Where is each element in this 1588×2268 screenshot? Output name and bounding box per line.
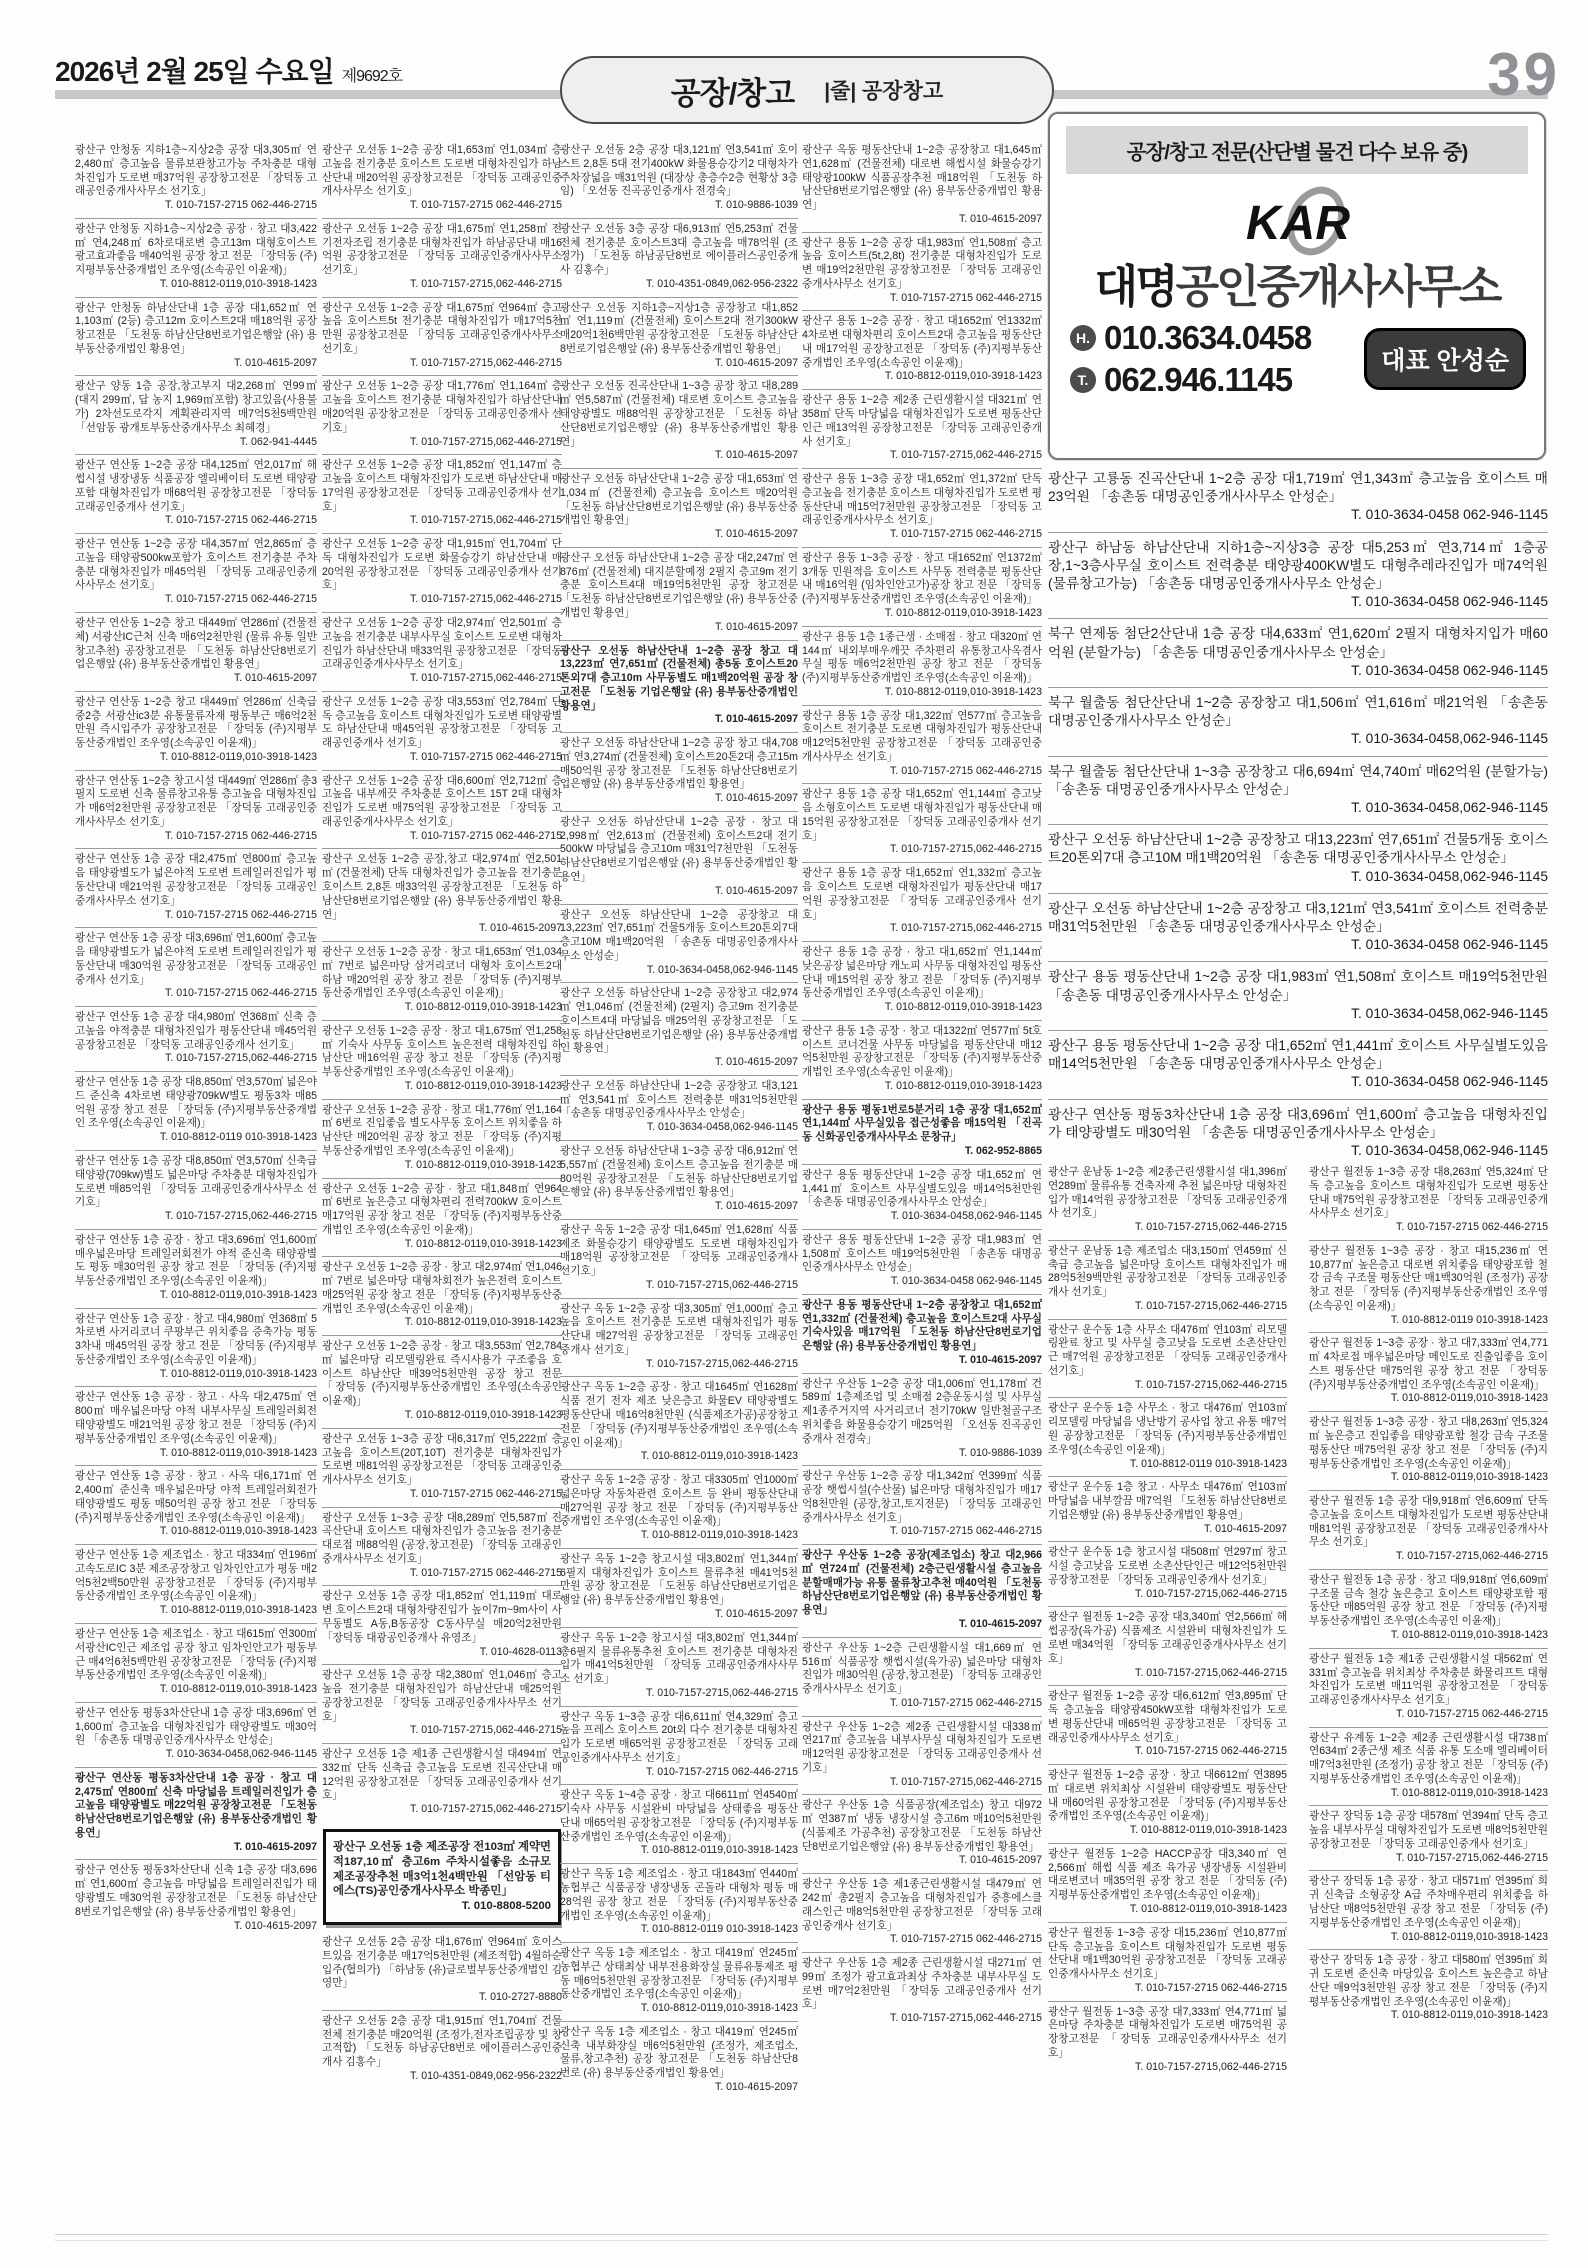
listing: 광산구 오선동 1~2층 공장 · 창고 대1,848㎡ 연964㎡ 6번로 높… (322, 1178, 562, 1257)
listing-phone: T. 010-3634-0458,062-946-1145 (1048, 799, 1548, 817)
listing: 광산구 용동 1층 공장 · 창고 대1,652㎡ 연1,144㎡ 낮은공장 넓… (802, 941, 1042, 1020)
listing-phone: T. 010-4351-0849,062-956-2322 (322, 2070, 562, 2084)
listing-phone: T. 010-8812-0119,010-3918-1423 (322, 1159, 562, 1173)
listing-phone: T. 010-3634-0458 062-946-1145 (1048, 936, 1548, 954)
listing-text: 광산구 연산동 1층 공장 · 창고 · 사옥 대2,475㎡ 연800㎡ 매우… (75, 1391, 317, 1444)
listing: 광산구 연산동 평동3차산단내 1층 공장 대3,696㎡ 연1,600㎡ 층고… (75, 1702, 317, 1767)
h-badge: H. (1070, 325, 1096, 351)
listing-phone: T. 010-7157-2715,062-446-2715 (322, 278, 562, 292)
listing-text: 광산구 연산동 평동3차산단내 신축 1층 공장 대3,696㎡ 연1,600㎡… (75, 1864, 317, 1917)
listing-text: 광산구 옥동 1~2층 공장 · 창고 대1645㎡ 연1628㎡ 식품 전기 … (560, 1381, 798, 1448)
listing: 광산구 안청동 하남산단내 1층 공장 대1,652㎡ 연1,103㎡ (2등)… (75, 297, 317, 376)
listing-text: 광산구 장덕동 1층 공장 · 창고 대571㎡ 연395㎡ 희귀 신축급 소형… (1309, 1875, 1548, 1928)
listing-phone: T. 010-7157-2715 062-446-2715 (75, 199, 317, 213)
listing-text: 광산구 용동 평동1번로5분거리 1층 공장 대1,652㎡ 연1,144㎡ 사… (802, 1104, 1042, 1144)
listing-text: 광산구 옥동 1~4층 공장 · 창고 대6611㎡ 연4540㎡ 기숙사 사무… (560, 1789, 798, 1842)
listing: 광산구 우산동 1층 제1종근린생활시설 대479㎡ 연242㎡ 총2필지 층고… (802, 1873, 1042, 1952)
listing-phone: T. 010-8812-0119,010-3918-1423 (802, 1080, 1042, 1094)
listing-phone: T. 010-4615-2097 (560, 885, 798, 899)
listing: 광산구 오선동 1~2층 공장 · 창고 대1,675㎡ 연1,258㎡ 기숙사… (322, 1020, 562, 1099)
listing-phone: T. 010-7157-2715 062-446-2715 (322, 1567, 562, 1581)
listing: 광산구 연산동 평동3차산단내 신축 1층 공장 대3,696㎡ 연1,600㎡… (75, 1859, 317, 1938)
listing-text: 광산구 운수동 1층 사무소 · 창고 대476㎡ 연103㎡ 리모델링 마당넓… (1048, 1402, 1287, 1455)
listing: 광산구 장덕동 1층 공장 대578㎡ 연394㎡ 단독 층고높음 내부사무실 … (1309, 1805, 1548, 1870)
listing-phone: T. 010-7157-2715,062-446-2715 (802, 843, 1042, 857)
listing-phone: T. 010-7157-2715 062-446-2715 (1048, 1745, 1287, 1759)
listing-text: 광산구 월전동 1층 제1종 근린생활시설 대562㎡ 연331㎡ 층고높음 위… (1309, 1653, 1548, 1706)
right-sub-columns: 광산구 운남동 1~2층 제2종근린생활시설 대1,396㎡ 연289㎡ 물류유… (1048, 1162, 1548, 2254)
listing-text: 광산구 용동 1~3층 공장 대1,652㎡ 연1,372㎡ 단독 층고높음 전… (802, 473, 1042, 526)
listing: 광산구 운수동 1층 창고 · 사무소 대476㎡ 연103㎡ 마당넓음 내부깔… (1048, 1476, 1287, 1541)
listing: 광산구 오선동 하남산단내 1~2층 공장 대2,247㎡ 연876㎡ (건물전… (560, 547, 798, 640)
listing: 광산구 옥동 1층 제조업소 · 창고 대419㎡ 연245㎡ 신축 내부화장실… (560, 2021, 798, 2100)
listing-phone: T. 010-4628-0113 (322, 1646, 562, 1660)
listing-phone: T. 010-9886-1039 (560, 199, 798, 213)
listing-text: 광산구 연산동 1~2층 공장 대4,357㎡ 연2,865㎡ 층고높음 태양광… (75, 538, 317, 591)
listing-phone: T. 010-7157-2715,062-446-2715 (75, 1210, 317, 1224)
listing: 광산구 오선동 2층 공장 대1,676㎡ 연964㎡ 호이스트있음 전기충분 … (322, 1932, 562, 2010)
listing: 광산구 용동 평동1번로5분거리 1층 공장 대1,652㎡ 연1,144㎡ 사… (802, 1099, 1042, 1164)
listing-text: 광산구 오선동 하남산단내 1~2층 공장창고 대3,121㎡ 연3,541㎡ … (560, 1080, 798, 1120)
listing-phone: T. 010-8812-0119,010-3918-1423 (75, 1368, 317, 1382)
footer-rule-2 (55, 2240, 1548, 2241)
listing: 광산구 연산동 1층 공장 대8,850㎡ 연3,570㎡ 신축급 태양광(70… (75, 1150, 317, 1229)
listing: 광산구 우산동 1~2층 공장 대1,342㎡ 연399㎡ 식품공장 햇썹시설(… (802, 1465, 1042, 1544)
listing: 광산구 월전동 1~2층 공장 대6,612㎡ 연3,895㎡ 단독 층고높음 … (1048, 1685, 1287, 1764)
listing-text: 광산구 우산동 1~2층 공장(제조업소) 창고 대2,966㎡ 연724㎡ (… (802, 1549, 1042, 1616)
listing-phone: T. 010-4615-2097 (1048, 1523, 1287, 1537)
listing-phone: T. 010-8812-0119,010-3918-1423 (322, 1080, 562, 1094)
listing-text: 북구 월출동 첨단산단내 1~2층 공장창고 대1,506㎡ 연1,616㎡ 매… (1048, 695, 1548, 728)
listing: 광산구 옥동 1~2층 창고시설 대3,802㎡ 연1,344㎡ 6필지 대형차… (560, 1548, 798, 1627)
classified-column-6: 광산구 월전동 1~3층 공장 대8,263㎡ 연5,324㎡ 단독 층고높음 … (1309, 1162, 1548, 2254)
listing-phone: T. 010-3634-0458 062-946-1145 (1048, 506, 1548, 524)
listing-phone: T. 010-4615-2097 (560, 1200, 798, 1214)
listing-text: 광산구 오선동 진곡산단내 1~3층 공장 창고 대8,289㎡ 연5,587㎡… (560, 380, 798, 447)
listing-phone: T. 010-4615-2097 (560, 449, 798, 463)
classified-column-3: 광산구 오선동 2층 공장 대3,121㎡ 연3,541㎡ 호이스트 2,8톤 … (560, 140, 798, 2232)
listing: 광산구 용동 평동산단내 1~2층 공장 대1,983㎡ 연1,508㎡ 호이스… (802, 1229, 1042, 1294)
listing-text: 광산구 옥동 1~2층 공장 대3,305㎡ 연1,000㎡ 층고높음 호이스트… (560, 1303, 798, 1356)
listing-phone: T. 010-7157-2715 062-446-2715 (1309, 1221, 1548, 1235)
listing: 광산구 오선동 하남산단내 1~2층 공장 창고 대13,223㎡ 연7,651… (560, 640, 798, 733)
listing: 광산구 용동 1층 공장 대1,322㎡ 연577㎡ 층고높음 호이스트 전기충… (802, 705, 1042, 784)
listing: 광산구 연산동 1층 제조업소 · 창고 대334㎡ 연196㎡ 고속도로IC … (75, 1544, 317, 1623)
listing: 광산구 운수동 1층 사무소 · 창고 대476㎡ 연103㎡ 리모델링 마당넓… (1048, 1397, 1287, 1476)
listing-phone: T. 010-8812-0119,010-3918-1423 (1309, 1471, 1548, 1485)
listing-text: 광산구 옥동 1~2층 창고시설 대3,802㎡ 연1,344㎡ 총6필지 물류… (560, 1632, 798, 1685)
listing: 광산구 오선동 하남산단내 1~2층 공장창고 대3,121㎡ 연3,541㎡ … (1048, 893, 1548, 962)
listing-phone: T. 010-7157-2715 062-446-2715 (802, 765, 1042, 779)
t-badge: T. (1070, 367, 1096, 393)
listing: 광산구 양동 1층 공장,창고부지 대2,268㎡ 연99㎡ (대지 299㎡,… (75, 375, 317, 454)
listing: 광산구 옥동 1~2층 공장 · 창고 대3305㎡ 연1000㎡ 넓은마당 자… (560, 1469, 798, 1548)
listing: 광산구 오선동 하남산단내 1~2층 공장창고 대3,121㎡ 연3,541㎡ … (560, 1075, 798, 1140)
listing-text: 광산구 오선동 하남산단내 1~2층 공장 대1,653㎡ 연1,034㎡ (건… (560, 473, 798, 526)
listing: 광산구 오선동 1~2층 공장 대2,974㎡ 연2,501㎡ 층고높음 전기충… (322, 612, 562, 691)
featured-listings: 광산구 고룡동 진곡산단내 1~2층 공장 대1,719㎡ 연1,343㎡ 층고… (1048, 464, 1548, 1164)
listing-text: 광산구 연산동 1층 공장 대8,850㎡ 연3,570㎡ 넓은야드 준신축 4… (75, 1076, 317, 1129)
listing-text: 광산구 오선동 1~2층 공장 대6,600㎡ 연2,712㎡ 층고높음 내부깨… (322, 775, 562, 828)
listing: 광산구 우산동 1층 제2종 근린생활시설 대271㎡ 연99㎡ 조정가 광고효… (802, 1952, 1042, 2031)
agency-banner: 공장/창고 전문(산단별 물건 다수 보유 중) (1066, 126, 1528, 174)
listing-phone: T. 010-7157-2715 062-446-2715 (802, 1933, 1042, 1947)
listing-text: 광산구 오선동 1층 제조공장 전103㎡ 계약면적187,10㎡ 층고6m 주… (333, 1841, 551, 1897)
listing-text: 광산구 월전동 1~3층 공장 · 창고 대8,263㎡ 연5,324㎡ 높은층… (1309, 1416, 1548, 1469)
listing-phone: T. 010-7157-2715,062-446-2715 (802, 922, 1042, 936)
listing-text: 광산구 연산동 1층 공장 대8,850㎡ 연3,570㎡ 신축급 태양광(70… (75, 1155, 317, 1208)
listing-text: 광산구 연산동 1~2층 공장 대4,125㎡ 연2,017㎡ 해썹시설 냉장냉… (75, 459, 317, 512)
listing-phone: T. 010-7157-2715,062-446-2715 (322, 1724, 562, 1738)
date-line: 2026년 2월 25일 수요일제9692호 (55, 50, 402, 90)
listing-text: 광산구 오선동 1~3층 공장 대6,317㎡ 연5,222㎡ 층고높음 호이스… (322, 1433, 562, 1486)
listing-text: 광산구 용동 1~2층 공장 · 창고 대1652㎡ 연1332㎡ 4차로변 대… (802, 315, 1042, 368)
listing-text: 광산구 월전동 1층 공장 대9,918㎡ 연6,609㎡ 단독 층고높음 호이… (1309, 1495, 1548, 1548)
listing-phone: T. 010-7157-2715,062-446-2715 (1048, 2061, 1287, 2075)
listing-phone: T. 010-4615-2097 (560, 792, 798, 806)
listing-phone: T. 010-8812-0119,010-3918-1423 (322, 1238, 562, 1252)
listing-text: 광산구 오선동 하남산단내 1~2층 공장창고 대3,121㎡ 연3,541㎡ … (1048, 901, 1548, 934)
agency-name: 대명공인중개사사무소 (1050, 264, 1544, 309)
listing-text: 광산구 연산동 1층 공장 대3,696㎡ 연1,600㎡ 층고높음 태양광별도… (75, 932, 317, 985)
listing: 광산구 우산동 1~2층 공장 대1,006㎡ 연1,178㎡ 건589㎡ 1층… (802, 1373, 1042, 1466)
listing-text: 광산구 오선동 하남산단내 1~2층 공장창고 대13,223㎡ 연7,651㎡… (560, 909, 798, 962)
listing-phone: T. 010-7157-2715,062-446-2715 (75, 1052, 317, 1066)
listing-text: 광산구 오선동 3층 공장 대6,913㎡ 연5,253㎡ 건물전체 전기충분 … (560, 223, 798, 276)
listing-phone: T. 062-941-4445 (75, 436, 317, 450)
listing: 광산구 옥동 1층 제조업소 · 창고 대419㎡ 연245㎡ 농협부근 상태최… (560, 1942, 798, 2021)
listing-text: 광산구 오선동 1~2층 공장 · 창고 대2,974㎡ 연1,046㎡ 7번로… (322, 1261, 562, 1314)
listing-phone: T. 010-8812-0119 010-3918-1423 (1309, 1314, 1548, 1328)
listing: 광산구 연산동 1층 공장 · 창고 · 사옥 대6,171㎡ 연2,400㎡ … (75, 1465, 317, 1544)
listing-text: 광산구 오선동 1~2층 공장 대1,675㎡ 연1,258㎡ 전기전자조립 전… (322, 223, 562, 276)
listing-phone: T. 010-7157-2715 062-446-2715 (322, 830, 562, 844)
listing-text: 광산구 월전동 1~2층 HACCP공장 대3,340㎡ 연2,566㎡ 해썹 … (1048, 1848, 1287, 1901)
listing-text: 광산구 월전동 1~3층 공장 대7,333㎡ 연4,771㎡ 넓은마당 주차충… (1048, 2006, 1287, 2059)
listing: 광산구 연산동 1~2층 창고시설 대449㎡ 연286㎡ 총3필지 도로변 신… (75, 770, 317, 849)
listing: 광산구 연산동 평동3차산단내 1층 공장 대3,696㎡ 연1,600㎡ 층고… (1048, 1099, 1548, 1164)
listing-phone: T. 010-8812-0119,010-3918-1423 (75, 751, 317, 765)
classified-column-4: 광산구 옥동 평동산단내 1~2층 공장창고 대1,645㎡ 연1,628㎡ (… (802, 140, 1042, 2232)
listing-text: 광산구 운수동 1층 창고시설 대508㎡ 연297㎡ 창고시설 층고낮음 도로… (1048, 1546, 1287, 1586)
listing-phone: T. 010-4615-2097 (560, 1056, 798, 1070)
listing-phone: T. 010-8812-0119,010-3918-1423 (75, 1683, 317, 1697)
listing-phone: T. 010-8812-0119,010-3918-1423 (560, 1529, 798, 1543)
listing: 광산구 용동 1~2층 제2종 근린생활시설 대321㎡ 연358㎡ 단독 마당… (802, 389, 1042, 468)
listing-phone: T. 010-8812-0119,010-3918-1423 (75, 1604, 317, 1618)
listing-phone: T. 010-4615-2097 (802, 1854, 1042, 1868)
section-header: 공장/창고 |줄| 공장창고 (560, 56, 1054, 124)
listing: 광산구 용동 1층 공장 · 창고 대1322㎡ 연577㎡ 5t호이스트 코너… (802, 1020, 1042, 1099)
footer-rule (55, 2234, 1548, 2235)
listing-text: 광산구 월전동 1~3층 공장 대15,236㎡ 연10,877㎡ 단독 층고높… (1048, 1927, 1287, 1980)
listing-phone: T. 010-3634-0458 062-946-1145 (1048, 662, 1548, 680)
listing-text: 광산구 용동 1~2층 공장 대1,983㎡ 연1,508㎡ 층고높음 호이스트… (802, 237, 1042, 290)
listing: 광산구 월전동 1층 공장 · 창고 대9,918㎡ 연6,609㎡ 구조물 금… (1309, 1569, 1548, 1648)
listing-phone: T. 010-8812-0119 010-3918-1423 (75, 1131, 317, 1145)
listing-phone: T. 010-8812-0119,010-3918-1423 (1309, 1629, 1548, 1643)
listing: 광산구 오선동 2층 공장 대3,121㎡ 연3,541㎡ 호이스트 2,8톤 … (560, 140, 798, 218)
listing-phone: T. 010-8812-0119,010-3918-1423 (75, 1289, 317, 1303)
listing-phone: T. 010-8812-0119,010-3918-1423 (560, 1450, 798, 1464)
listing: 광산구 용동 1~2층 공장 · 창고 대1652㎡ 연1332㎡ 4차로변 대… (802, 310, 1042, 389)
listing-text: 광산구 오선동 1~2층 공장 대1,653㎡ 연1,034㎡ 층고높음 전기충… (322, 144, 562, 197)
listing-text: 광산구 오선동 1~2층 공장 · 창고 대3,553㎡ 연2,784㎡ 넓은마… (322, 1340, 562, 1407)
listing-text: 광산구 고룡동 진곡산단내 1~2층 공장 대1,719㎡ 연1,343㎡ 층고… (1048, 471, 1548, 504)
listing-phone: T. 010-8812-0119,010-3918-1423 (322, 1316, 562, 1330)
listing-phone: T. 010-8812-0119,010-3918-1423 (1048, 1824, 1287, 1838)
listing-phone: T. 010-7157-2715 062-446-2715 (802, 1525, 1042, 1539)
listing-phone: T. 010-4351-0849,062-956-2322 (560, 278, 798, 292)
listing-phone: T. 010-4615-2097 (560, 357, 798, 371)
listing: 광산구 연산동 1층 공장 대4,980㎡ 연368㎡ 신축 층고높음 야적충분… (75, 1006, 317, 1071)
listing: 광산구 오선동 1~2층 공장 · 창고 대2,974㎡ 연1,046㎡ 7번로… (322, 1256, 562, 1335)
svg-text:KAR: KAR (1246, 197, 1350, 250)
listing: 광산구 연산동 1층 공장 대2,475㎡ 연800㎡ 층고높음 태양광별도가 … (75, 848, 317, 927)
listing-phone: T. 010-3634-0458,062-946-1145 (1048, 730, 1548, 748)
listing-text: 광산구 안청동 지하1층~지상2층 공장 · 창고 대3,422㎡ 연4,248… (75, 223, 317, 276)
listing-phone: T. 010-3634-0458,062-946-1145 (560, 1121, 798, 1135)
listing-text: 광산구 우산동 1층 식품공장(제조업소) 창고 대972㎡ 연387㎡ 냉동 … (802, 1799, 1042, 1852)
listing: 광산구 용동 1층 1종근생 · 소매점 · 창고 대320㎡ 연144㎡ 내외… (802, 626, 1042, 705)
listing-phone: T. 010-4615-2097 (322, 922, 562, 936)
listing-text: 광산구 오선동 하남산단내 1~2층 공장 · 창고 대2,998㎡ 연2,61… (560, 816, 798, 883)
listing-text: 광산구 연산동 평동3차산단내 1층 공장 · 창고 대2,475㎡ 연800㎡… (75, 1772, 317, 1839)
listing-text: 광산구 오선동 하남산단내 1~2층 공장창고 대13,223㎡ 연7,651㎡… (1048, 832, 1548, 865)
listing-text: 광산구 용동 1층 공장 대1,652㎡ 연1,332㎡ 층고높음 호이스트 도… (802, 867, 1042, 920)
listing: 광산구 장덕동 1층 공장 · 창고 대580㎡ 연395㎡ 희귀 도로변 준신… (1309, 1949, 1548, 2028)
listing-phone: T. 010-7157-2715,062-446-2715 (322, 436, 562, 450)
listing: 광산구 안청동 지하1층~지상2층 공장 · 창고 대3,422㎡ 연4,248… (75, 218, 317, 297)
listing-text: 광산구 옥동 1~3층 공장 대6,611㎡ 연4,329㎡ 층고높음 프레스 … (560, 1711, 798, 1764)
listing: 광산구 용동 1~2층 공장 대1,983㎡ 연1,508㎡ 층고높음 호이스트… (802, 232, 1042, 311)
listing: 광산구 유계동 1~2층 제2종 근린생활시설 대738㎡ 연634㎡ 2종근생… (1309, 1727, 1548, 1806)
listing: 광산구 고룡동 진곡산단내 1~2층 공장 대1,719㎡ 연1,343㎡ 층고… (1048, 464, 1548, 532)
listing-text: 광산구 오선동 하남산단내 1~2층 공장창고 대2,974㎡ 연1,046㎡ … (560, 987, 798, 1054)
listing-text: 광산구 오선동 1~2층 공장 대1,675㎡ 연964㎡ 층고높음 호이스트5… (322, 302, 562, 355)
listing: 광산구 오선동 1~2층 공장 대1,675㎡ 연1,258㎡ 전기전자조립 전… (322, 218, 562, 297)
listing-phone: T. 010-7157-2715,062-446-2715 (802, 2012, 1042, 2026)
listing-text: 광산구 하남동 하남산단내 지하1층~지상3층 공장 대5,253㎡ 연3,71… (1048, 540, 1548, 591)
listing: 광산구 옥동 1층 제조업소 · 창고 대1843㎡ 연440㎡ 농협부근 식품… (560, 1863, 798, 1942)
listing: 광산구 연산동 1~2층 공장 대4,357㎡ 연2,865㎡ 층고높음 태양광… (75, 533, 317, 612)
listing-phone: T. 010-8812-0119,010-3918-1423 (560, 1844, 798, 1858)
listing-text: 광산구 오선동 1~2층 공장 대1,776㎡ 연1,164㎡ 층고높음 호이스… (322, 380, 562, 433)
listing-text: 광산구 오선동 1층 제1종 근린생활시설 대494㎡ 연332㎡ 단독 신축급… (322, 1748, 562, 1801)
listing: 광산구 월전동 1~3층 공장 · 창고 대8,263㎡ 연5,324㎡ 높은층… (1309, 1411, 1548, 1490)
listing: 광산구 오선동 1~3층 공장 대6,317㎡ 연5,222㎡ 층고높음 호이스… (322, 1428, 562, 1507)
listing-phone: T. 010-7157-2715 062-446-2715 (802, 528, 1042, 542)
listing-text: 광산구 용동 1~2층 제2종 근린생활시설 대321㎡ 연358㎡ 단독 마당… (802, 394, 1042, 447)
listing-phone: T. 010-4615-2097 (75, 1841, 317, 1855)
right-section: 공장/창고 전문(산단별 물건 다수 보유 중) KAR 대명공인중개사사무소 … (1048, 108, 1548, 2258)
listing: 광산구 장덕동 1층 공장 · 창고 대571㎡ 연395㎡ 희귀 신축급 소형… (1309, 1870, 1548, 1949)
listing: 광산구 운수동 1층 사무소 대476㎡ 연103㎡ 리모델링완료 창고 및 사… (1048, 1319, 1287, 1398)
listing-phone: T. 010-8812-0119,010-3918-1423 (802, 370, 1042, 384)
listing-text: 광산구 안청동 하남산단내 1층 공장 대1,652㎡ 연1,103㎡ (2등)… (75, 302, 317, 355)
listing-text: 광산구 오선동 1~2층 공장 대2,974㎡ 연2,501㎡ 층고높음 전기충… (322, 617, 562, 670)
listing-phone: T. 010-4615-2097 (560, 713, 798, 727)
listing-phone: T. 010-4615-2097 (802, 1354, 1042, 1368)
listing-text: 광산구 옥동 1~2층 창고시설 대3,802㎡ 연1,344㎡ 6필지 대형차… (560, 1553, 798, 1606)
listing-text: 광산구 용동 평동산단내 1~2층 공장창고 대1,652㎡ 연1,332㎡ (… (802, 1299, 1042, 1352)
listing: 광산구 오선동 1~2층 공장,창고 대2,974㎡ 연2,501㎡ (건물전체… (322, 848, 562, 941)
listing-phone: T. 010-7157-2715,062-446-2715 (1048, 1588, 1287, 1602)
listing: 광산구 연산동 1층 공장 · 창고 대3,696㎡ 연1,600㎡ 매우넓은마… (75, 1229, 317, 1308)
listing-phone: T. 010-7157-2715,062-446-2715 (322, 357, 562, 371)
listing-text: 광산구 우산동 1층 제1종근린생활시설 대479㎡ 연242㎡ 총2필지 층고… (802, 1878, 1042, 1931)
listing-text: 광산구 용동 1~3층 공장 · 창고 대1652㎡ 연1372㎡ 3개동 민원… (802, 552, 1042, 605)
listing: 광산구 오선동 1~2층 공장 대1,852㎡ 연1,147㎡ 층고높음 호이스… (322, 454, 562, 533)
listing: 광산구 오선동 1~2층 공장 대3,553㎡ 연2,784㎡ 단독 층고높음 … (322, 691, 562, 770)
listing-text: 광산구 용동 1층 공장 대1,322㎡ 연577㎡ 층고높음 호이스트 전기충… (802, 710, 1042, 763)
listing-text: 광산구 안청동 지하1층~지상2층 공장 대3,305㎡ 연2,480㎡ 층고높… (75, 144, 317, 197)
listing-phone: T. 010-4615-2097 (802, 1618, 1042, 1632)
listing: 광산구 오선동 하남산단내 1~2층 공장 · 창고 대2,998㎡ 연2,61… (560, 811, 798, 904)
listing-phone: T. 010-8812-0119 010-3918-1423 (1048, 1458, 1287, 1472)
listing-phone: T. 010-7157-2715,062-446-2715 (1048, 1667, 1287, 1681)
listing: 광산구 월전동 1~2층 공장 대3,340㎡ 연2,566㎡ 해썹공장(육가공… (1048, 1606, 1287, 1685)
section-title: 공장/창고 (671, 68, 794, 113)
listing-text: 북구 월출동 첨단산단내 1~3층 공장창고 대6,694㎡ 연4,740㎡ 매… (1048, 764, 1548, 797)
listing: 광산구 오선동 1~2층 공장 · 창고 대1,653㎡ 연1,034㎡ 7번로… (322, 941, 562, 1020)
listing: 광산구 옥동 1~2층 창고시설 대3,802㎡ 연1,344㎡ 총6필지 물류… (560, 1627, 798, 1706)
listing: 광산구 연산동 1층 제조업소 · 창고 대615㎡ 연300㎡ 서광산IC인근… (75, 1623, 317, 1702)
listing-text: 광산구 용동 1층 공장 · 창고 대1322㎡ 연577㎡ 5t호이스트 코너… (802, 1025, 1042, 1078)
listing-text: 광산구 용동 1층 1종근생 · 소매점 · 창고 대320㎡ 연144㎡ 내외… (802, 631, 1042, 684)
listing: 광산구 오선동 1~2층 공장 · 창고 대3,553㎡ 연2,784㎡ 넓은마… (322, 1335, 562, 1428)
agency-representative: 대표 안성순 (1364, 328, 1526, 390)
listing: 광산구 오선동 1층 제조공장 전103㎡ 계약면적187,10㎡ 층고6m 주… (323, 1829, 561, 1925)
listing-phone: T. 010-7157-2715,062-446-2715 (560, 1358, 798, 1372)
listing-text: 광산구 오선동 1~2층 공장 대1,852㎡ 연1,147㎡ 층고높음 호이스… (322, 459, 562, 512)
listing-text: 광산구 월전동 1~2층 공장 대3,340㎡ 연2,566㎡ 해썹공장(육가공… (1048, 1611, 1287, 1664)
listing-phone: T. 010-8812-0119,010-3918-1423 (802, 607, 1042, 621)
listing: 북구 월출동 첨단산단내 1~3층 공장창고 대6,694㎡ 연4,740㎡ 매… (1048, 756, 1548, 825)
listing-text: 광산구 용동 1층 공장 · 창고 대1,652㎡ 연1,144㎡ 낮은공장 넓… (802, 946, 1042, 999)
listing: 광산구 우산동 1~2층 제2종 근린생활시설 대338㎡ 연217㎡ 층고높음… (802, 1716, 1042, 1795)
listing: 광산구 월전동 1~2층 공장 · 창고 대6612㎡ 연3895㎡ 대로변 위… (1048, 1764, 1287, 1843)
listing: 광산구 연산동 1층 공장 대8,850㎡ 연3,570㎡ 넓은야드 준신축 4… (75, 1071, 317, 1150)
listing-phone: T. 010-4615-2097 (560, 528, 798, 542)
listing-phone: T. 010-8812-0119,010-3918-1423 (802, 1001, 1042, 1015)
listing-text: 광산구 오선동 지하1층~지상1층 공장창고 대1,852㎡ 연1,119㎡ (… (560, 302, 798, 355)
listing: 광산구 용동 평동산단내 1~2층 공장 대1,652㎡ 연1,441㎡ 호이스… (1048, 1030, 1548, 1099)
listing-text: 광산구 오선동 1~2층 공장 · 창고 대1,675㎡ 연1,258㎡ 기숙사… (322, 1025, 562, 1078)
listing-phone: T. 010-7157-2715 062-446-2715 (322, 199, 562, 213)
listing-text: 광산구 옥동 평동산단내 1~2층 공장창고 대1,645㎡ 연1,628㎡ (… (802, 144, 1042, 211)
listing: 광산구 오선동 3층 공장 대6,913㎡ 연5,253㎡ 건물전체 전기충분 … (560, 218, 798, 297)
listing-text: 광산구 운수동 1층 사무소 대476㎡ 연103㎡ 리모델링완료 창고 및 사… (1048, 1324, 1287, 1377)
listing-text: 광산구 오선동 1~3층 공장 대8,289㎡ 연5,587㎡ 진곡산단내 호이… (322, 1512, 562, 1565)
listing-text: 광산구 오선동 하남산단내 1~2층 공장 창고 대13,223㎡ 연7,651… (560, 645, 798, 712)
listing-phone: T. 010-8812-0119,010-3918-1423 (1309, 1931, 1548, 1945)
listing: 광산구 운남동 1층 제조업소 대3,150㎡ 연459㎡ 신축급 층고높음 넓… (1048, 1240, 1287, 1319)
listing-phone: T. 010-7157-2715 062-446-2715 (75, 830, 317, 844)
listing: 광산구 연산동 1~2층 창고 대449㎡ 연286㎡ 신축급 중2층 서광산i… (75, 691, 317, 770)
listing: 광산구 오선동 1층 제1종 근린생활시설 대494㎡ 연332㎡ 단독 신축급… (322, 1743, 562, 1822)
classified-column-2: 광산구 오선동 1~2층 공장 대1,653㎡ 연1,034㎡ 층고높음 전기충… (322, 140, 562, 2232)
listing: 광산구 하남동 하남산단내 지하1층~지상3층 공장 대5,253㎡ 연3,71… (1048, 532, 1548, 619)
listing-phone: T. 010-2727-8880 (322, 1991, 562, 2005)
listing: 광산구 오선동 1~2층 공장 대1,653㎡ 연1,034㎡ 층고높음 전기충… (322, 140, 562, 218)
listing-phone: T. 010-7157-2715,062-446-2715 (1309, 1852, 1548, 1866)
listing-phone: T. 010-7157-2715,062-446-2715 (802, 1776, 1042, 1790)
listing-phone: T. 010-7157-2715 062-446-2715 (1309, 1708, 1548, 1722)
listing-text: 광산구 오선동 1~2층 공장 대1,915㎡ 연1,704㎡ 단독 대형차진입… (322, 538, 562, 591)
listing-phone: T. 010-7157-2715,062-446-2715 (560, 1279, 798, 1293)
listing: 광산구 옥동 1~3층 공장 대6,611㎡ 연4,329㎡ 층고높음 프레스 … (560, 1706, 798, 1785)
listing-phone: T. 010-7157-2715,062-446-2715 (1048, 1300, 1287, 1314)
listing-text: 광산구 연산동 1층 공장 대2,475㎡ 연800㎡ 층고높음 태양광별도가 … (75, 853, 317, 906)
listing: 광산구 우산동 1~2층 공장(제조업소) 창고 대2,966㎡ 연724㎡ (… (802, 1544, 1042, 1637)
listing-phone: T. 010-3634-0458,062-946-1145 (802, 1210, 1042, 1224)
listing: 광산구 월전동 1층 제1종 근린생활시설 대562㎡ 연331㎡ 층고높음 위… (1309, 1648, 1548, 1727)
listing-phone: T. 010-7157-2715,062-446-2715 (1309, 1550, 1548, 1564)
listing-phone: T. 010-8812-0119,010-3918-1423 (802, 686, 1042, 700)
listing-phone: T. 010-3634-0458 062-946-1145 (1048, 593, 1548, 611)
listing: 광산구 용동 평동산단내 1~2층 공장 대1,983㎡ 연1,508㎡ 호이스… (1048, 961, 1548, 1030)
listing: 광산구 연산동 1층 공장 · 창고 대4,980㎡ 연368㎡ 5차로변 사거… (75, 1308, 317, 1387)
listing: 광산구 오선동 2층 공장 대1,915㎡ 연1,704㎡ 건물전체 전기충분 … (322, 2010, 562, 2089)
listing-text: 광산구 양동 1층 공장,창고부지 대2,268㎡ 연99㎡ (대지 299㎡,… (75, 380, 317, 433)
listing-phone: T. 010-3634-0458,062-946-1145 (75, 1748, 317, 1762)
listing-phone: T. 010-4615-2097 (560, 621, 798, 635)
listing-text: 광산구 연산동 1층 공장 · 창고 대4,980㎡ 연368㎡ 5차로변 사거… (75, 1313, 317, 1366)
listing-text: 광산구 오선동 1~2층 공장,창고 대2,974㎡ 연2,501㎡ (건물전체… (322, 853, 562, 920)
agency-phone-mobile: H. 010.3634.0458 (1070, 319, 1311, 357)
listing-text: 광산구 옥동 1~2층 공장 · 창고 대3305㎡ 연1000㎡ 넓은마당 자… (560, 1474, 798, 1527)
listing-phone: T. 010-3634-0458,062-946-1145 (1048, 868, 1548, 886)
listing: 광산구 월전동 1~3층 공장 · 창고 대7,333㎡ 연4,771㎡ 4차로… (1309, 1332, 1548, 1411)
listing-phone: T. 010-8812-0119,010-3918-1423 (75, 1525, 317, 1539)
issue-number: 제9692호 (342, 68, 403, 85)
listing-phone: T. 010-7157-2715 062-446-2715 (75, 514, 317, 528)
listing-text: 광산구 옥동 1~2층 공장 대1,645㎡ 연1,628㎡ 식품제조 화물승강… (560, 1224, 798, 1277)
listing-text: 광산구 연산동 평동3차산단내 1층 공장 대3,696㎡ 연1,600㎡ 층고… (75, 1707, 317, 1747)
listing-text: 광산구 용동 평동산단내 1~2층 공장 대1,983㎡ 연1,508㎡ 호이스… (1048, 969, 1548, 1002)
listing-text: 광산구 연산동 1층 공장 · 창고 · 사옥 대6,171㎡ 연2,400㎡ … (75, 1470, 317, 1523)
listing-text: 광산구 오선동 1~2층 공장 · 창고 대1,848㎡ 연964㎡ 6번로 높… (322, 1183, 562, 1236)
newspaper-page: 2026년 2월 25일 수요일제9692호 공장/창고 |줄| 공장창고 39… (0, 0, 1588, 2268)
listing-phone: T. 010-7157-2715 062-446-2715 (802, 1697, 1042, 1711)
listing-phone: T. 010-4615-2097 (802, 213, 1042, 227)
listing-phone: T. 010-4615-2097 (75, 1920, 317, 1934)
listing-phone: T. 010-3634-0458 062-946-1145 (1048, 1073, 1548, 1091)
listing-text: 광산구 우산동 1층 제2종 근린생활시설 대271㎡ 연99㎡ 조정가 광고효… (802, 1957, 1042, 2010)
listing-phone: T. 010-8812-0119,010-3918-1423 (322, 1001, 562, 1015)
listing-phone: T. 010-7157-2715 062-446-2715 (75, 593, 317, 607)
classified-column-1: 광산구 안청동 지하1층~지상2층 공장 대3,305㎡ 연2,480㎡ 층고높… (75, 140, 317, 2232)
listing-phone: T. 010-7157-2715 062-446-2715 (560, 1766, 798, 1780)
listing: 광산구 연산동 1층 공장 · 창고 · 사옥 대2,475㎡ 연800㎡ 매우… (75, 1386, 317, 1465)
listing-text: 광산구 오선동 1층 공장 대2,380㎡ 연1,046㎡ 층고높음 전기충분 … (322, 1669, 562, 1722)
listing: 광산구 옥동 평동산단내 1~2층 공장창고 대1,645㎡ 연1,628㎡ (… (802, 140, 1042, 232)
listing-text: 광산구 오선동 1~2층 공장 · 창고 대1,776㎡ 연1,164㎡ 6번로… (322, 1104, 562, 1157)
listing: 광산구 오선동 1~2층 공장 대6,600㎡ 연2,712㎡ 층고높음 내부깨… (322, 770, 562, 849)
listing-phone: T. 010-8812-0119,010-3918-1423 (1048, 1903, 1287, 1917)
listing-phone: T. 010-4615-2097 (560, 1608, 798, 1622)
listing: 광산구 연산동 1~2층 공장 대4,125㎡ 연2,017㎡ 해썹시설 냉장냉… (75, 454, 317, 533)
listing: 광산구 용동 1~3층 공장 대1,652㎡ 연1,372㎡ 단독 층고높음 전… (802, 468, 1042, 547)
listing-phone: T. 010-7157-2715,062-446-2715 (1048, 1379, 1287, 1393)
listing: 광산구 안청동 지하1층~지상2층 공장 대3,305㎡ 연2,480㎡ 층고높… (75, 140, 317, 218)
listing-text: 광산구 월전동 1~3층 공장 대8,263㎡ 연5,324㎡ 단독 층고높음 … (1309, 1166, 1548, 1219)
listing: 광산구 우산동 1~2층 근린생활시설 대1,669㎡ 연516㎡ 식품공장 햇… (802, 1637, 1042, 1716)
listing-text: 광산구 월전동 1~2층 공장 · 창고 대6612㎡ 연3895㎡ 대로변 위… (1048, 1769, 1287, 1822)
listing: 광산구 오선동 1층 공장 대1,852㎡ 연1,119㎡ 대로변 호이스트2대… (322, 1585, 562, 1664)
listing-text: 광산구 월전동 1층 공장 · 창고 대9,918㎡ 연6,609㎡ 구조물 금… (1309, 1574, 1548, 1627)
